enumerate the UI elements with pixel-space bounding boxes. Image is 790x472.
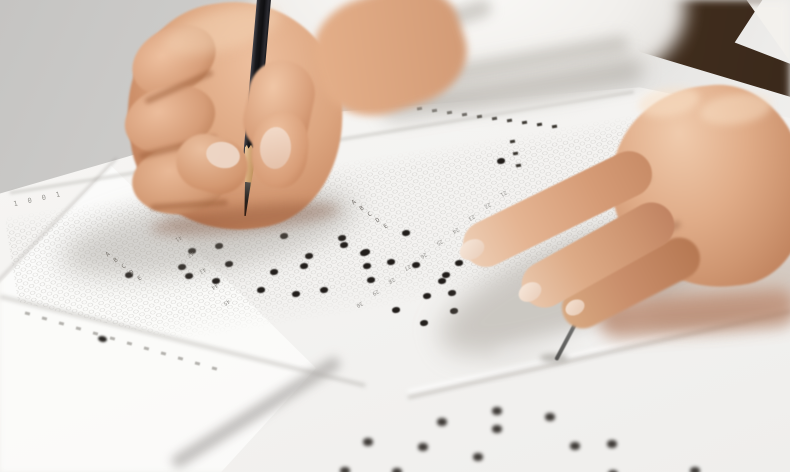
filled-bubble [392,306,401,313]
filled-bubble-bottom-sheet [607,440,617,448]
timing-mark [462,113,467,117]
timing-mark [477,115,482,119]
sheet-header-marks: 1 0 0 1 [13,190,64,208]
filled-bubble-bottom-sheet [363,438,373,446]
filled-bubble-bottom-sheet [418,443,428,451]
filled-bubble-bottom-sheet [690,467,700,472]
filled-bubble-bottom-sheet [492,407,502,415]
filled-bubble-bottom-sheet [545,413,555,421]
timing-mark [522,121,527,125]
timing-mark [537,123,542,127]
photo-omr-answer-sheet: 212223242526272829304142434445 ABCDEABCD… [0,0,790,472]
timing-mark [507,119,512,123]
filled-bubble-bottom-sheet [570,442,580,450]
filled-bubble-bottom-sheet [437,418,447,426]
timing-mark [492,117,497,121]
filled-bubble-bottom-sheet [492,425,502,433]
filled-bubble-bottom-sheet [340,467,350,472]
filled-bubble-bottom-sheet [392,468,402,472]
filled-bubble [420,319,429,326]
filled-bubble-bottom-sheet [473,453,483,461]
